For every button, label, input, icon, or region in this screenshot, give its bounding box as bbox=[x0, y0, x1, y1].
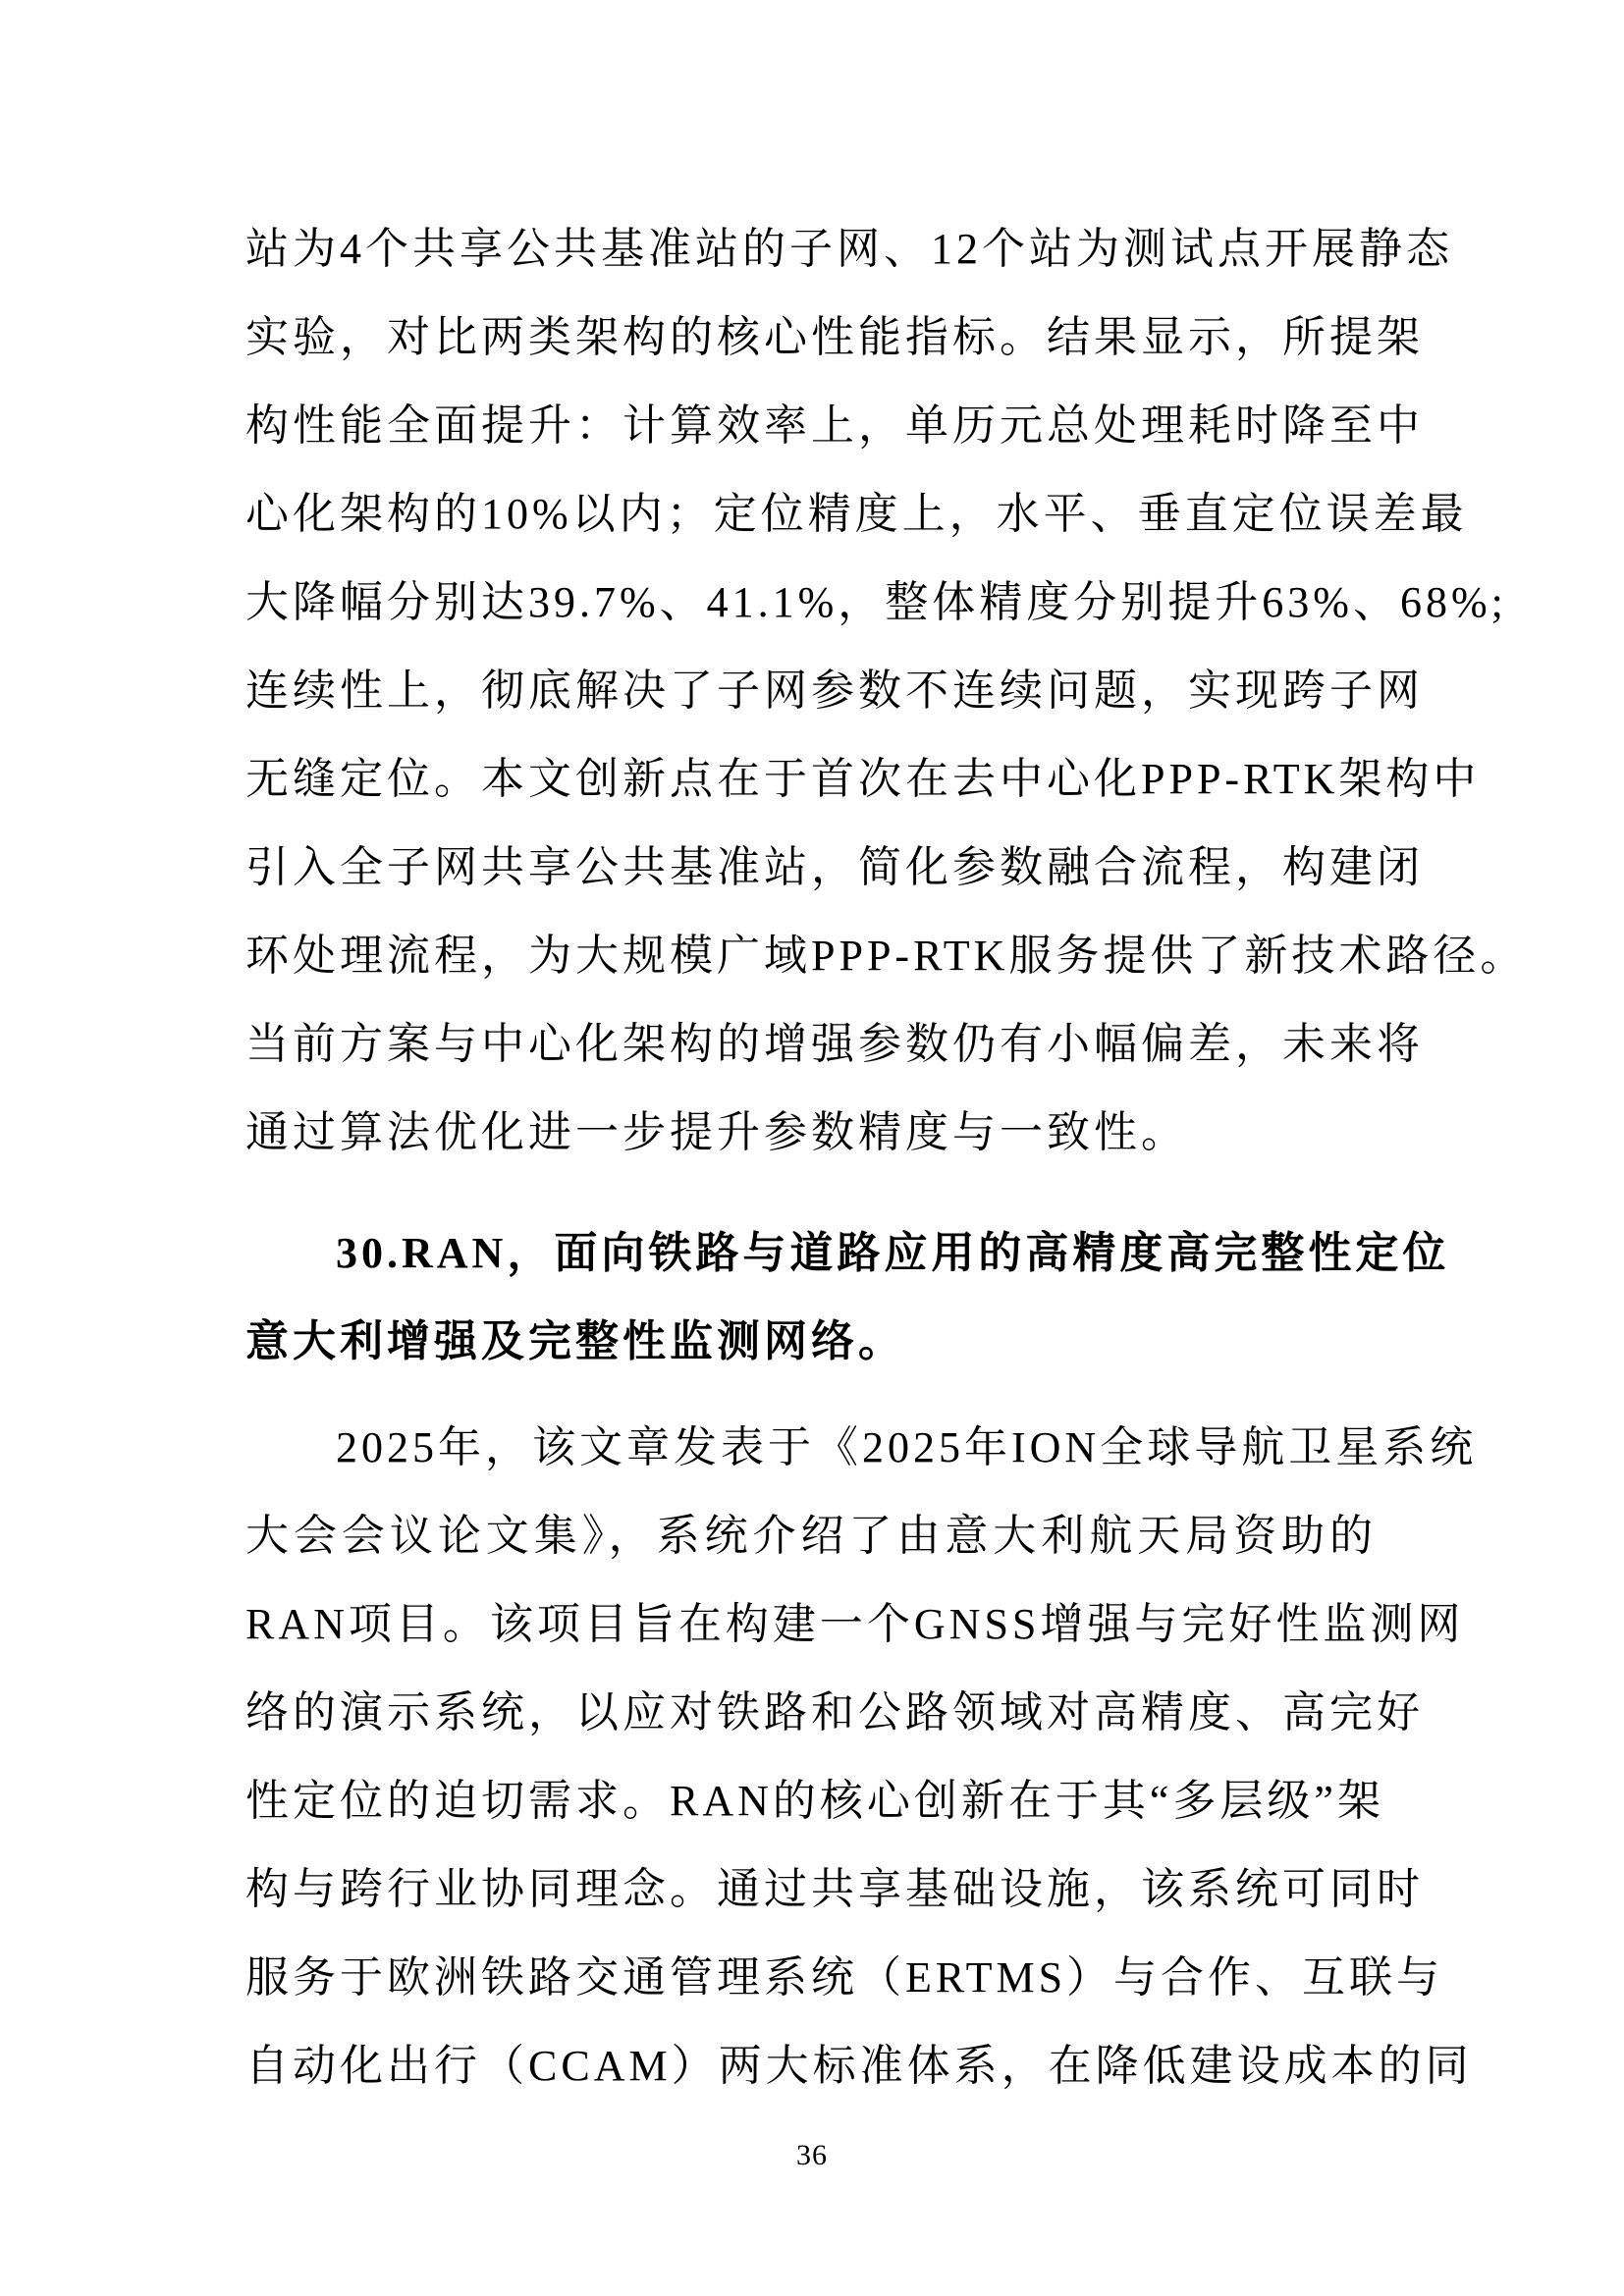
text-line: 构性能全面提升：计算效率上，单历元总处理耗时降至中 bbox=[245, 382, 1377, 470]
text-line: 大会会议论文集》，系统介绍了由意大利航天局资助的 bbox=[245, 1492, 1377, 1580]
text-line: 引入全子网共享公共基准站，简化参数融合流程，构建闭 bbox=[245, 824, 1377, 912]
paragraph-ran-project: 2025年，该文章发表于《2025年ION全球导航卫星系统大会会议论文集》，系统… bbox=[245, 1404, 1377, 2110]
text-line: RAN项目。该项目旨在构建一个GNSS增强与完好性监测网 bbox=[245, 1580, 1377, 1669]
text-line: 通过算法优化进一步提升参数精度与一致性。 bbox=[245, 1089, 1377, 1177]
text-line: 实验，对比两类架构的核心性能指标。结果显示，所提架 bbox=[245, 294, 1377, 382]
document-page: 站为4个共享公共基准站的子网、12个站为测试点开展静态实验，对比两类架构的核心性… bbox=[0, 0, 1624, 2296]
text-line: 络的演示系统，以应对铁路和公路领域对高精度、高完好 bbox=[245, 1669, 1377, 1757]
paragraph-ppp-rtk-results: 站为4个共享公共基准站的子网、12个站为测试点开展静态实验，对比两类架构的核心性… bbox=[245, 205, 1377, 1177]
text-line: 自动化出行（CCAM）两大标准体系，在降低建设成本的同 bbox=[245, 2022, 1377, 2110]
text-line: 当前方案与中心化架构的增强参数仍有小幅偏差，未来将 bbox=[245, 1000, 1377, 1089]
section-heading-30-ran: 30.RAN，面向铁路与道路应用的高精度高完整性定位意大利增强及完整性监测网络。 bbox=[245, 1209, 1377, 1386]
text-line: 环处理流程，为大规模广域PPP-RTK服务提供了新技术路径。 bbox=[245, 912, 1377, 1000]
text-line: 意大利增强及完整性监测网络。 bbox=[245, 1298, 1377, 1386]
text-line: 无缝定位。本文创新点在于首次在去中心化PPP-RTK架构中 bbox=[245, 735, 1377, 824]
text-line: 性定位的迫切需求。RAN的核心创新在于其“多层级”架 bbox=[245, 1757, 1377, 1845]
text-line: 心化架构的10%以内；定位精度上，水平、垂直定位误差最 bbox=[245, 470, 1377, 559]
text-line: 30.RAN，面向铁路与道路应用的高精度高完整性定位 bbox=[245, 1209, 1377, 1298]
text-line: 2025年，该文章发表于《2025年ION全球导航卫星系统 bbox=[245, 1404, 1377, 1492]
page-number: 36 bbox=[0, 2138, 1624, 2173]
text-line: 构与跨行业协同理念。通过共享基础设施，该系统可同时 bbox=[245, 1845, 1377, 1934]
text-line: 大降幅分别达39.7%、41.1%，整体精度分别提升63%、68%; bbox=[245, 559, 1377, 647]
text-line: 连续性上，彻底解决了子网参数不连续问题，实现跨子网 bbox=[245, 647, 1377, 735]
text-line: 服务于欧洲铁路交通管理系统（ERTMS）与合作、互联与 bbox=[245, 1934, 1377, 2022]
text-line: 站为4个共享公共基准站的子网、12个站为测试点开展静态 bbox=[245, 205, 1377, 294]
